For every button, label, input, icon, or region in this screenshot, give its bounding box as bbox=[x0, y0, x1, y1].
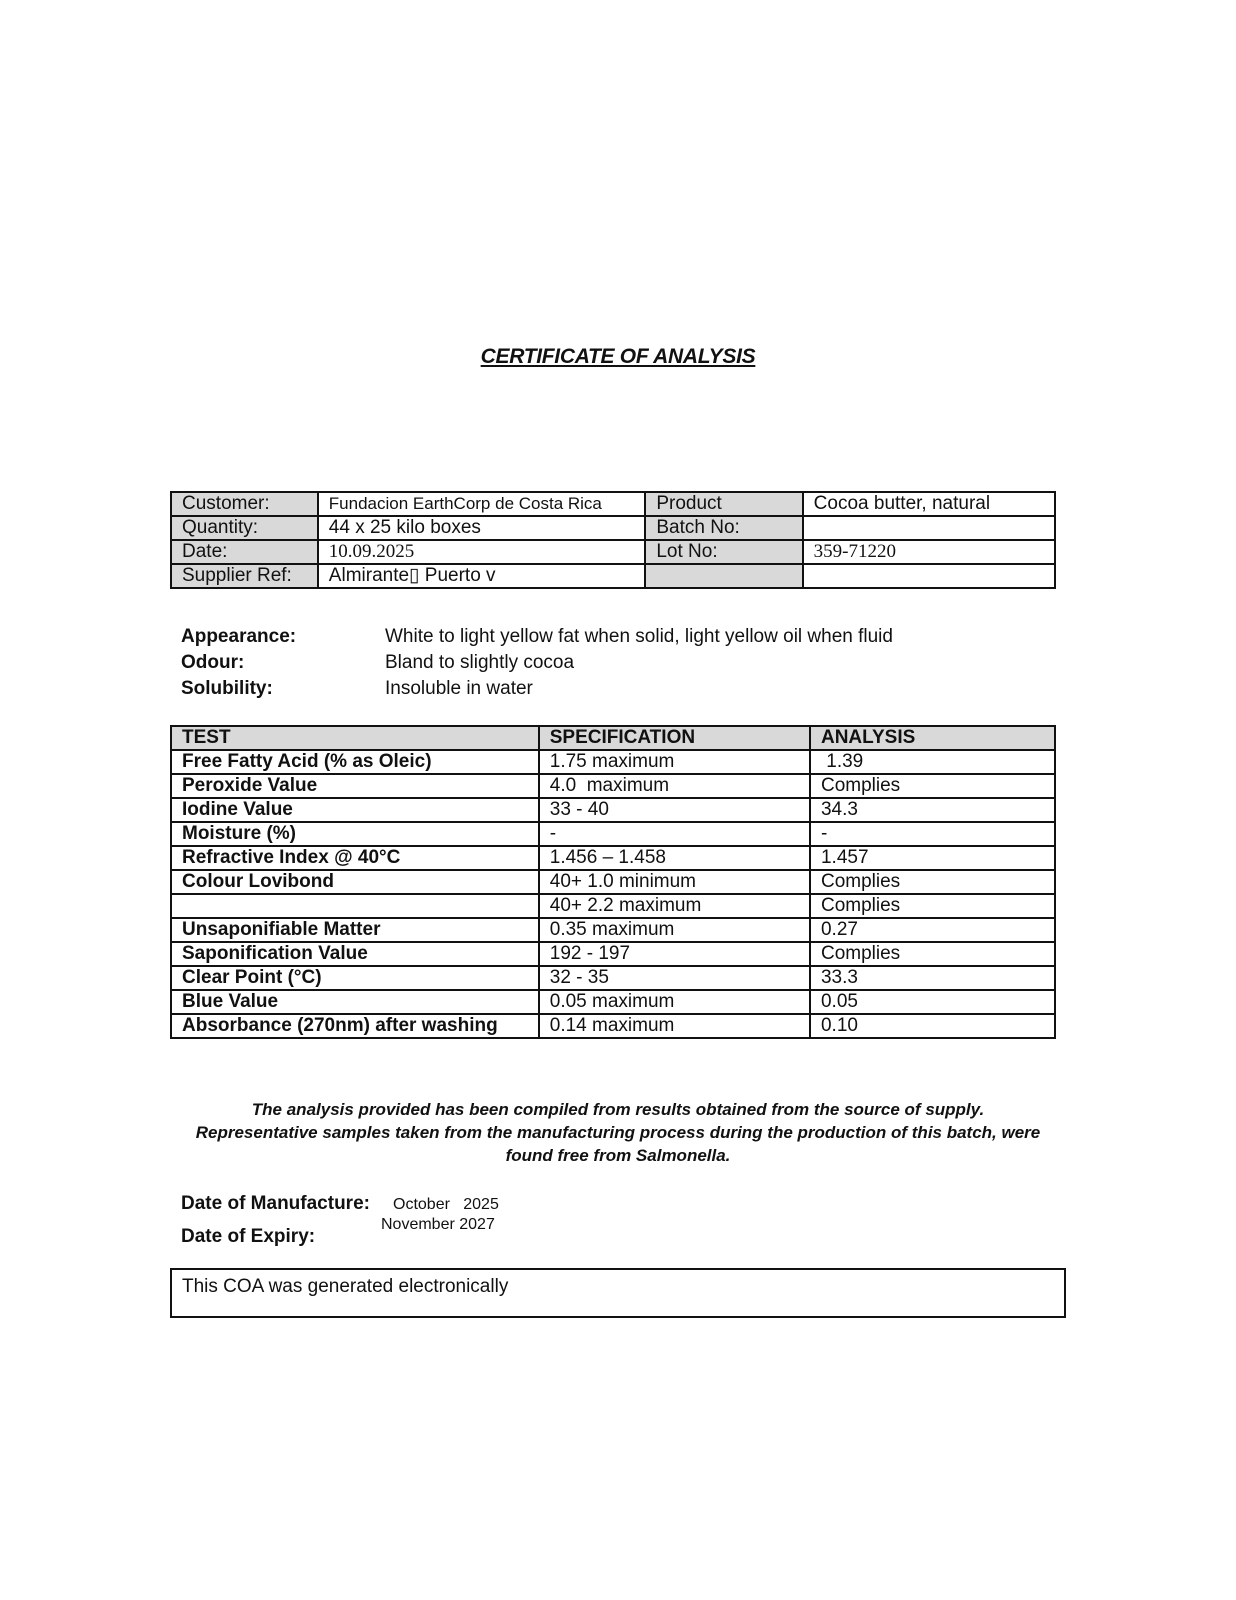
date-row: Date of Expiry: November 2027 bbox=[181, 1222, 499, 1251]
lot-label: Lot No: bbox=[645, 540, 802, 564]
test-analysis: 0.05 bbox=[810, 990, 1055, 1014]
test-analysis: Complies bbox=[810, 942, 1055, 966]
table-row: 40+ 2.2 maximumComplies bbox=[171, 894, 1055, 918]
quantity-label: Quantity: bbox=[171, 516, 318, 540]
test-specification: 0.05 maximum bbox=[539, 990, 810, 1014]
expiry-date-label: Date of Expiry: bbox=[181, 1222, 393, 1251]
test-analysis: Complies bbox=[810, 870, 1055, 894]
date-value: 10.09.2025 bbox=[318, 540, 646, 564]
table-row: Refractive Index @ 40°C1.456 – 1.4581.45… bbox=[171, 846, 1055, 870]
test-specification: 4.0 maximum bbox=[539, 774, 810, 798]
info-row: Supplier Ref: Almirante▯ Puerto v bbox=[171, 564, 1055, 588]
test-name: Colour Lovibond bbox=[171, 870, 539, 894]
property-label: Solubility: bbox=[181, 676, 385, 702]
test-analysis: 33.3 bbox=[810, 966, 1055, 990]
test-specification: 32 - 35 bbox=[539, 966, 810, 990]
table-row: Free Fatty Acid (% as Oleic)1.75 maximum… bbox=[171, 750, 1055, 774]
table-row: Peroxide Value4.0 maximumComplies bbox=[171, 774, 1055, 798]
product-properties: Appearance: White to light yellow fat wh… bbox=[181, 624, 893, 702]
dates-section: Date of Manufacture: October 2025 Date o… bbox=[181, 1193, 499, 1251]
test-analysis: 34.3 bbox=[810, 798, 1055, 822]
test-analysis: 1.457 bbox=[810, 846, 1055, 870]
batch-value bbox=[803, 516, 1055, 540]
test-analysis: - bbox=[810, 822, 1055, 846]
test-results-table: TEST SPECIFICATION ANALYSIS Free Fatty A… bbox=[170, 725, 1056, 1039]
test-name: Refractive Index @ 40°C bbox=[171, 846, 539, 870]
empty-value-cell bbox=[803, 564, 1055, 588]
test-name: Clear Point (°C) bbox=[171, 966, 539, 990]
test-specification: 0.35 maximum bbox=[539, 918, 810, 942]
test-specification: 1.456 – 1.458 bbox=[539, 846, 810, 870]
test-specification: - bbox=[539, 822, 810, 846]
test-specification: 1.75 maximum bbox=[539, 750, 810, 774]
header-analysis: ANALYSIS bbox=[810, 726, 1055, 750]
electronic-generation-notice: This COA was generated electronically bbox=[170, 1268, 1066, 1318]
table-row: Saponification Value192 - 197Complies bbox=[171, 942, 1055, 966]
header-test: TEST bbox=[171, 726, 539, 750]
info-row: Quantity: 44 x 25 kilo boxes Batch No: bbox=[171, 516, 1055, 540]
date-label: Date: bbox=[171, 540, 318, 564]
table-row: Unsaponifiable Matter0.35 maximum0.27 bbox=[171, 918, 1055, 942]
batch-label: Batch No: bbox=[645, 516, 802, 540]
property-value: White to light yellow fat when solid, li… bbox=[385, 624, 893, 650]
info-row: Customer: Fundacion EarthCorp de Costa R… bbox=[171, 492, 1055, 516]
table-row: Moisture (%)-- bbox=[171, 822, 1055, 846]
test-analysis: 1.39 bbox=[810, 750, 1055, 774]
empty-label-cell bbox=[645, 564, 802, 588]
test-analysis: 0.10 bbox=[810, 1014, 1055, 1038]
quantity-value: 44 x 25 kilo boxes bbox=[318, 516, 646, 540]
test-analysis: 0.27 bbox=[810, 918, 1055, 942]
customer-label: Customer: bbox=[171, 492, 318, 516]
test-name: Moisture (%) bbox=[171, 822, 539, 846]
property-row: Odour: Bland to slightly cocoa bbox=[181, 650, 893, 676]
test-name bbox=[171, 894, 539, 918]
test-specification: 40+ 2.2 maximum bbox=[539, 894, 810, 918]
customer-value: Fundacion EarthCorp de Costa Rica bbox=[318, 492, 646, 516]
property-row: Appearance: White to light yellow fat wh… bbox=[181, 624, 893, 650]
property-value: Bland to slightly cocoa bbox=[385, 650, 574, 676]
test-name: Free Fatty Acid (% as Oleic) bbox=[171, 750, 539, 774]
table-header-row: TEST SPECIFICATION ANALYSIS bbox=[171, 726, 1055, 750]
test-name: Peroxide Value bbox=[171, 774, 539, 798]
property-row: Solubility: Insoluble in water bbox=[181, 676, 893, 702]
test-analysis: Complies bbox=[810, 894, 1055, 918]
table-row: Absorbance (270nm) after washing0.14 max… bbox=[171, 1014, 1055, 1038]
product-label: Product bbox=[645, 492, 802, 516]
property-label: Appearance: bbox=[181, 624, 385, 650]
supplier-ref-label: Supplier Ref: bbox=[171, 564, 318, 588]
table-row: Blue Value0.05 maximum0.05 bbox=[171, 990, 1055, 1014]
test-specification: 192 - 197 bbox=[539, 942, 810, 966]
test-name: Iodine Value bbox=[171, 798, 539, 822]
expiry-date-value: November 2027 bbox=[381, 1216, 495, 1251]
test-name: Unsaponifiable Matter bbox=[171, 918, 539, 942]
table-row: Colour Lovibond40+ 1.0 minimumComplies bbox=[171, 870, 1055, 894]
analysis-note: The analysis provided has been compiled … bbox=[190, 1098, 1046, 1167]
supplier-ref-value: Almirante▯ Puerto v bbox=[318, 564, 646, 588]
test-specification: 0.14 maximum bbox=[539, 1014, 810, 1038]
test-name: Absorbance (270nm) after washing bbox=[171, 1014, 539, 1038]
test-name: Blue Value bbox=[171, 990, 539, 1014]
property-label: Odour: bbox=[181, 650, 385, 676]
test-specification: 40+ 1.0 minimum bbox=[539, 870, 810, 894]
test-analysis: Complies bbox=[810, 774, 1055, 798]
test-specification: 33 - 40 bbox=[539, 798, 810, 822]
header-specification: SPECIFICATION bbox=[539, 726, 810, 750]
shipment-info-table: Customer: Fundacion EarthCorp de Costa R… bbox=[170, 491, 1056, 589]
property-value: Insoluble in water bbox=[385, 676, 533, 702]
lot-value: 359-71220 bbox=[803, 540, 1055, 564]
test-name: Saponification Value bbox=[171, 942, 539, 966]
product-value: Cocoa butter, natural bbox=[803, 492, 1055, 516]
info-row: Date: 10.09.2025 Lot No: 359-71220 bbox=[171, 540, 1055, 564]
table-row: Iodine Value33 - 4034.3 bbox=[171, 798, 1055, 822]
table-row: Clear Point (°C)32 - 3533.3 bbox=[171, 966, 1055, 990]
manufacture-date-label: Date of Manufacture: bbox=[181, 1193, 393, 1222]
document-title: CERTIFICATE OF ANALYSIS bbox=[0, 345, 1236, 369]
